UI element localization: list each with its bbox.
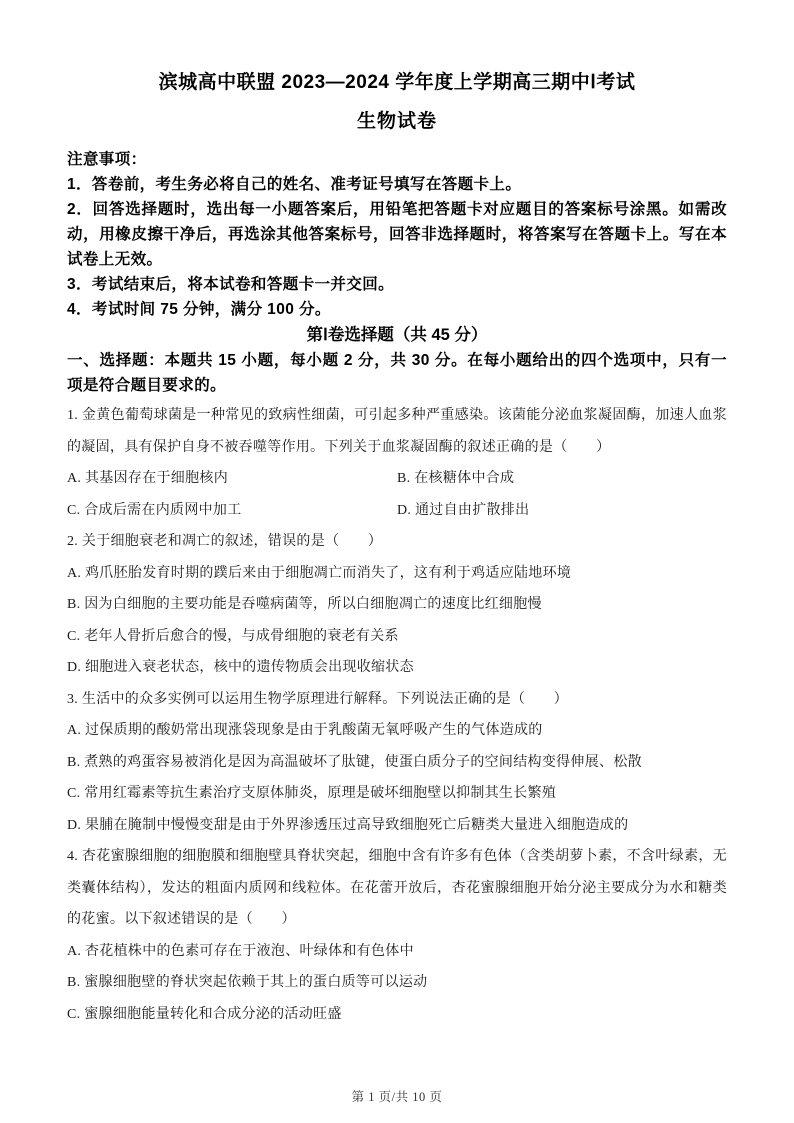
question-2: 2. 关于细胞衰老和凋亡的叙述，错误的是（ ） A. 鸡爪胚胎发育时期的蹼后来由… [67, 526, 727, 684]
question-3-options: A. 过保质期的酸奶常出现涨袋现象是由于乳酸菌无氧呼吸产生的气体造成的 B. 煮… [67, 715, 727, 841]
question-2-option-b: B. 因为白细胞的主要功能是吞噬病菌等，所以白细胞凋亡的速度比红细胞慢 [67, 589, 727, 621]
question-4-option-b: B. 蜜腺细胞壁的脊状突起依赖于其上的蛋白质等可以运动 [67, 967, 727, 999]
notice-item-4: 4．考试时间 75 分钟，满分 100 分。 [67, 297, 727, 322]
question-1-options: A. 其基因存在于细胞核内 B. 在核糖体中合成 C. 合成后需在内质网中加工 … [67, 463, 727, 526]
question-4: 4. 杏花蜜腺细胞的细胞膜和细胞壁具脊状突起，细胞中含有许多有色体（含类胡萝卜素… [67, 841, 727, 1030]
question-4-stem: 4. 杏花蜜腺细胞的细胞膜和细胞壁具脊状突起，细胞中含有许多有色体（含类胡萝卜素… [67, 841, 727, 936]
notice-heading: 注意事项： [67, 147, 727, 172]
question-4-options: A. 杏花植株中的色素可存在于液泡、叶绿体和有色体中 B. 蜜腺细胞壁的脊状突起… [67, 936, 727, 1031]
exam-page: 滨城高中联盟 2023—2024 学年度上学期高三期中Ⅰ考试 生物试卷 注意事项… [0, 0, 794, 1123]
question-3-stem: 3. 生活中的众多实例可以运用生物学原理进行解释。下列说法正确的是（ ） [67, 684, 727, 716]
questions-section: 1. 金黄色葡萄球菌是一种常见的致病性细菌，可引起多种严重感染。该菌能分泌血浆凝… [67, 400, 727, 1030]
question-3-option-d: D. 果脯在腌制中慢慢变甜是由于外界渗透压过高导致细胞死亡后糖类大量进入细胞造成… [67, 810, 727, 842]
question-1-option-c: C. 合成后需在内质网中加工 [67, 495, 397, 527]
notice-item-1: 1．答卷前，考生务必将自己的姓名、准考证号填写在答题卡上。 [67, 172, 727, 197]
question-4-option-c: C. 蜜腺细胞能量转化和合成分泌的活动旺盛 [67, 999, 727, 1031]
question-3-option-a: A. 过保质期的酸奶常出现涨袋现象是由于乳酸菌无氧呼吸产生的气体造成的 [67, 715, 727, 747]
question-1-option-b: B. 在核糖体中合成 [397, 463, 727, 495]
question-4-option-a: A. 杏花植株中的色素可存在于液泡、叶绿体和有色体中 [67, 936, 727, 968]
notice-section: 注意事项： 1．答卷前，考生务必将自己的姓名、准考证号填写在答题卡上。 2．回答… [67, 147, 727, 322]
question-2-option-c: C. 老年人骨折后愈合的慢，与成骨细胞的衰老有关系 [67, 621, 727, 653]
page-title: 滨城高中联盟 2023—2024 学年度上学期高三期中Ⅰ考试 [67, 71, 727, 95]
question-1-option-d: D. 通过自由扩散排出 [397, 495, 727, 527]
notice-item-2: 2．回答选择题时，选出每一小题答案后，用铅笔把答题卡对应题目的答案标号涂黑。如需… [67, 197, 727, 272]
page-subtitle: 生物试卷 [67, 110, 727, 134]
section-intro: 一、选择题：本题共 15 小题，每小题 2 分，共 30 分。在每小题给出的四个… [67, 348, 727, 398]
question-2-options: A. 鸡爪胚胎发育时期的蹼后来由于细胞凋亡而消失了，这有利于鸡适应陆地环境 B.… [67, 558, 727, 684]
question-3-option-c: C. 常用红霉素等抗生素治疗支原体肺炎，原理是破坏细胞壁以抑制其生长繁殖 [67, 778, 727, 810]
question-1-option-a: A. 其基因存在于细胞核内 [67, 463, 397, 495]
question-2-option-a: A. 鸡爪胚胎发育时期的蹼后来由于细胞凋亡而消失了，这有利于鸡适应陆地环境 [67, 558, 727, 590]
page-footer: 第 1 页/共 10 页 [0, 1089, 794, 1105]
question-1-stem: 1. 金黄色葡萄球菌是一种常见的致病性细菌，可引起多种严重感染。该菌能分泌血浆凝… [67, 400, 727, 463]
question-1: 1. 金黄色葡萄球菌是一种常见的致病性细菌，可引起多种严重感染。该菌能分泌血浆凝… [67, 400, 727, 526]
notice-item-3: 3．考试结束后，将本试卷和答题卡一并交回。 [67, 272, 727, 297]
question-2-stem: 2. 关于细胞衰老和凋亡的叙述，错误的是（ ） [67, 526, 727, 558]
section-heading: 第Ⅰ卷选择题（共 45 分） [67, 322, 727, 348]
question-2-option-d: D. 细胞进入衰老状态，核中的遗传物质会出现收缩状态 [67, 652, 727, 684]
question-3: 3. 生活中的众多实例可以运用生物学原理进行解释。下列说法正确的是（ ） A. … [67, 684, 727, 842]
question-3-option-b: B. 煮熟的鸡蛋容易被消化是因为高温破坏了肽键，使蛋白质分子的空间结构变得伸展、… [67, 747, 727, 779]
